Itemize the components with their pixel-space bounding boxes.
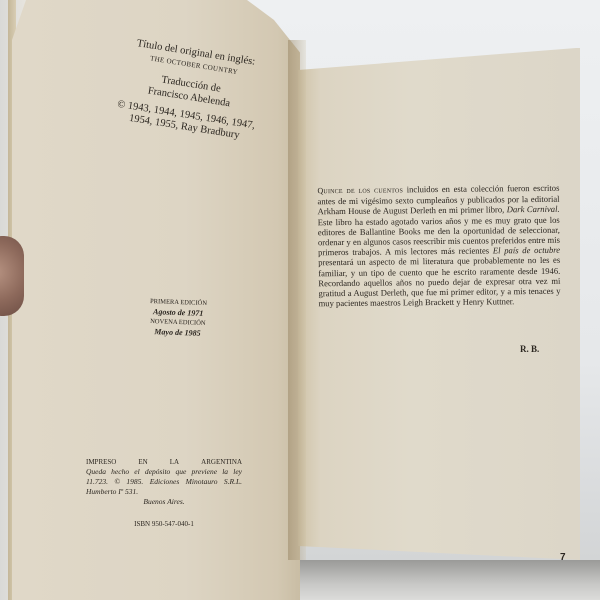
author-initials: R. B. (520, 344, 539, 354)
preface-paragraph: Quince de los cuentos incluidos en esta … (317, 183, 560, 309)
isbn: ISBN 950-547-040-1 (86, 519, 242, 529)
book-title-el-pais-de-octubre: El país de octubre (493, 245, 560, 256)
book-gutter (288, 40, 306, 560)
imprint-block: IMPRESO EN LA ARGENTINA Queda hecho el d… (86, 457, 242, 529)
editions-block: PRIMERA EDICIÓN Agosto de 1971 NOVENA ED… (127, 296, 228, 339)
page-number: 7 (560, 552, 566, 563)
book-title-dark-carnival: Dark Carnival. (507, 204, 560, 215)
legal-deposit-text: Queda hecho el depósito que previene la … (86, 467, 242, 497)
lead-small-caps: Quince de los cuentos (317, 185, 403, 195)
printed-in-line: IMPRESO EN LA ARGENTINA (86, 457, 242, 467)
publisher-city: Buenos Aires. (86, 497, 242, 507)
thumb (0, 236, 24, 316)
book-photo: Título del original en inglés: THE OCTOB… (0, 0, 600, 600)
book-shadow (260, 560, 600, 600)
